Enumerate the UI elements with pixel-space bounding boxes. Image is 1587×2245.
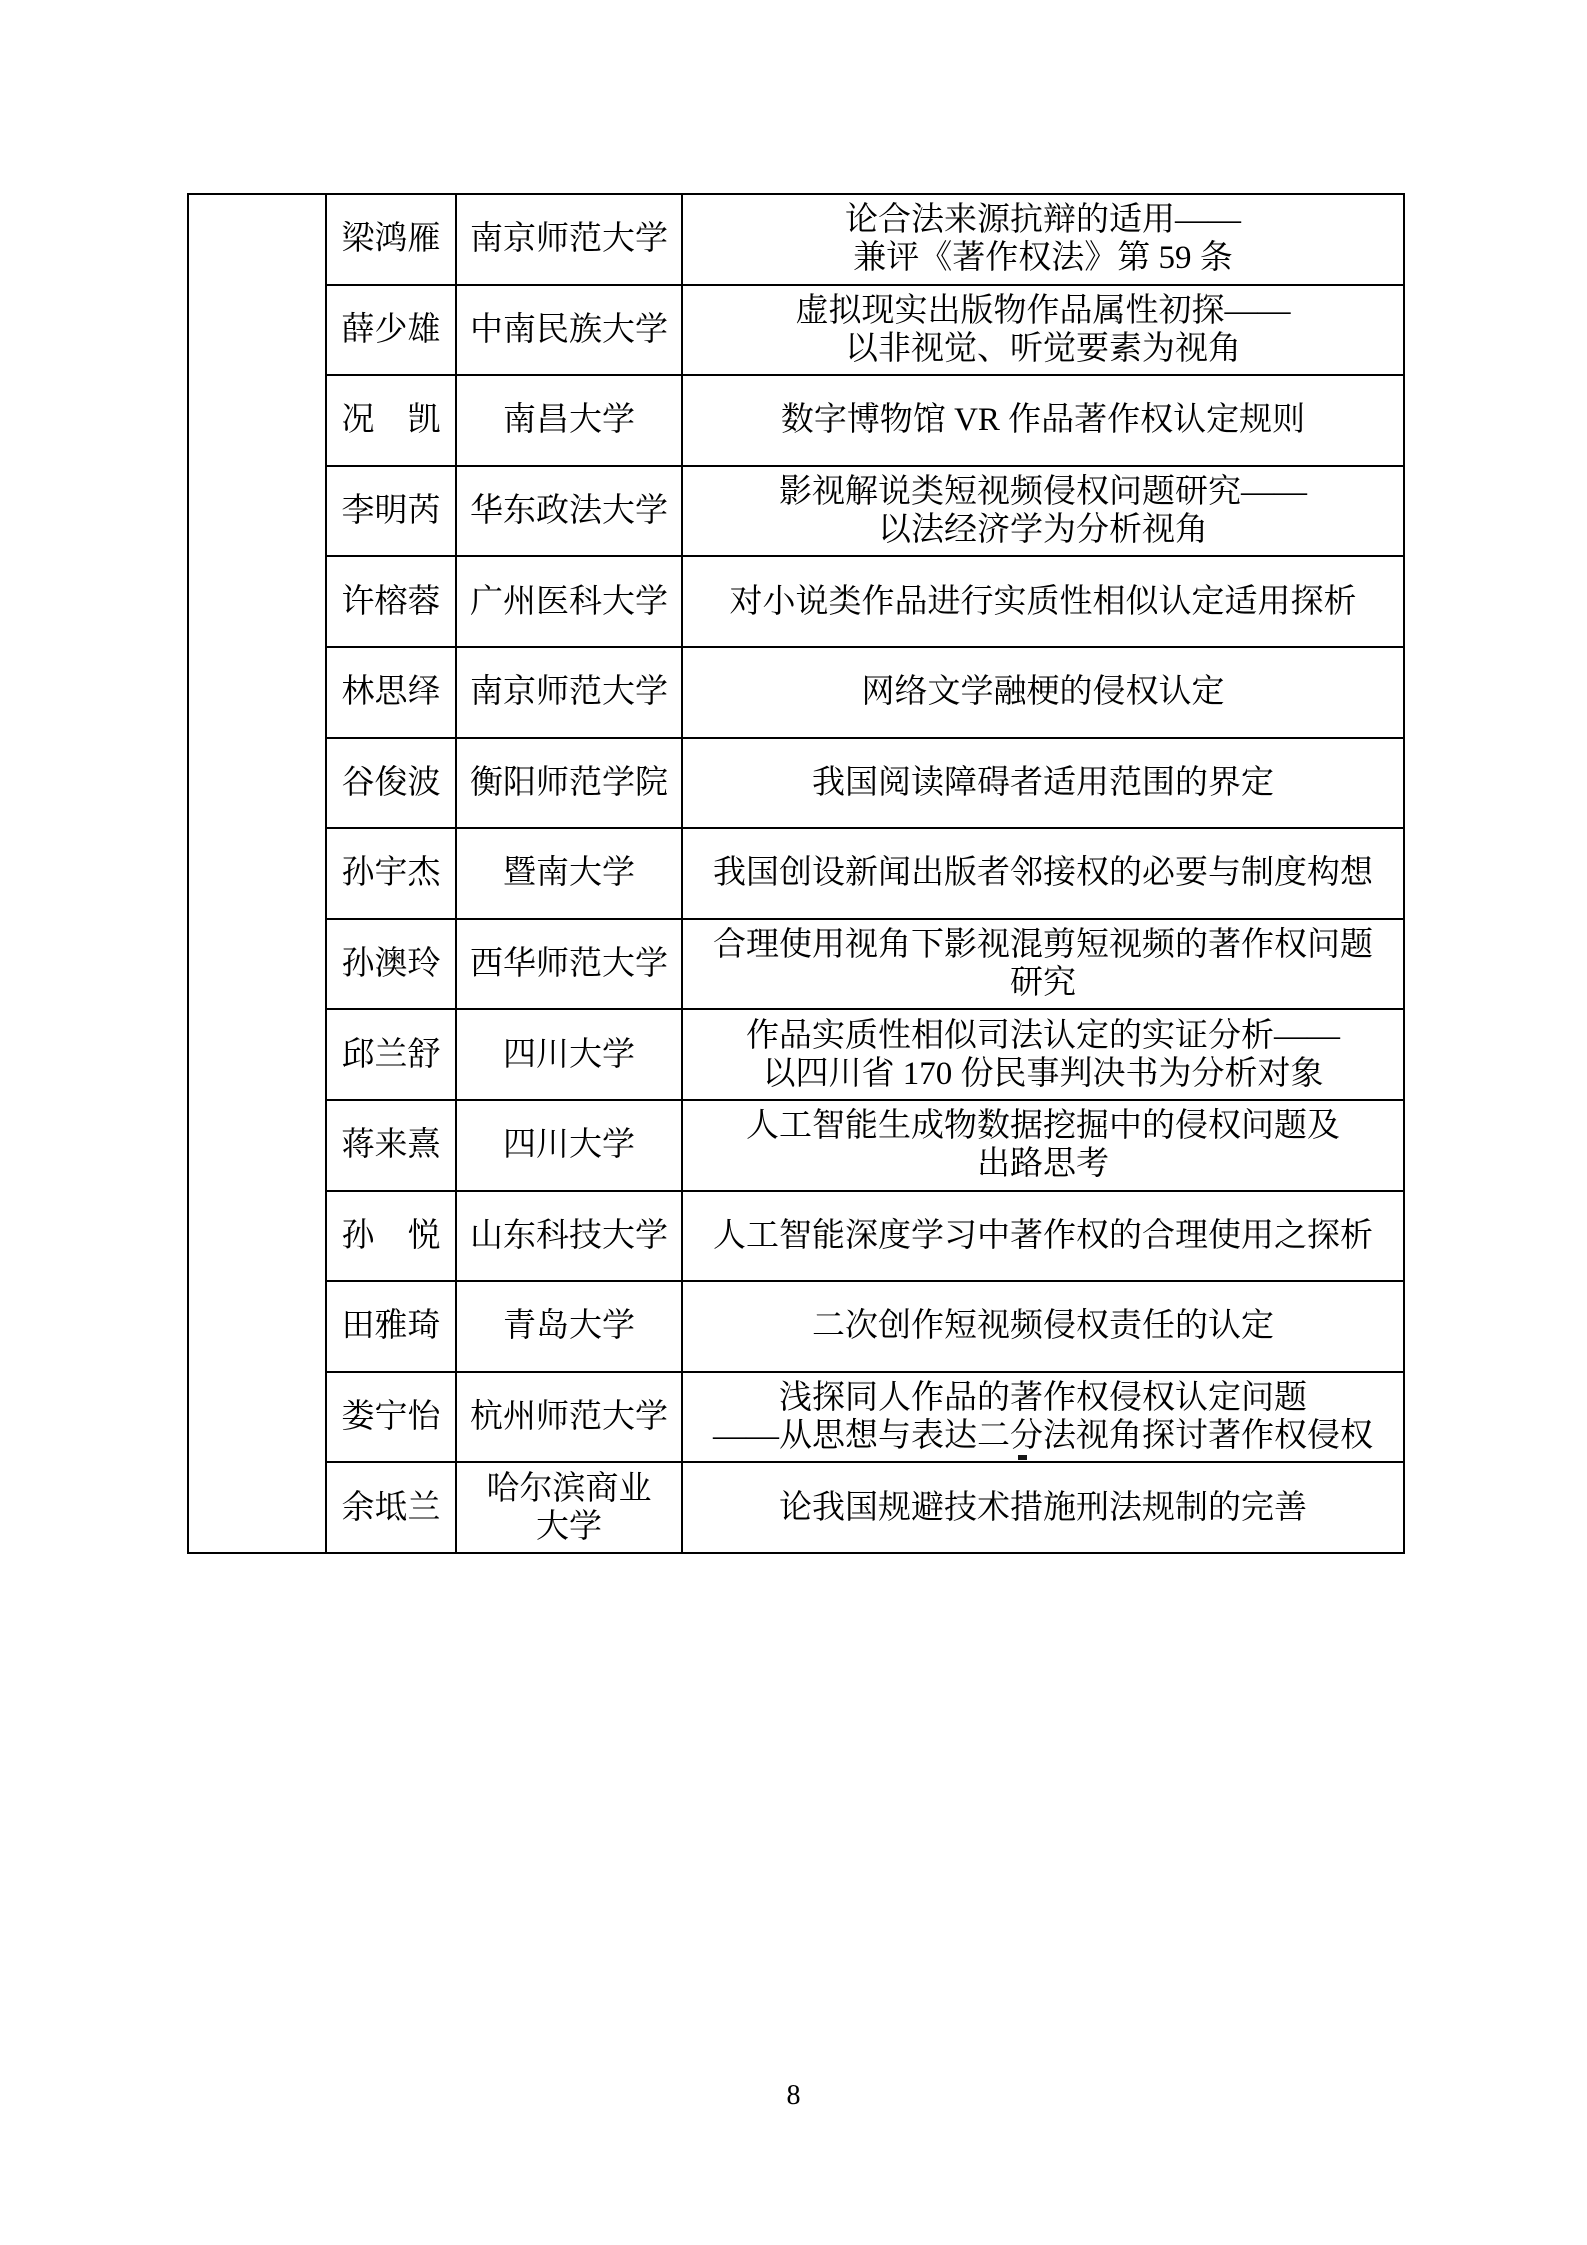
clipped-text-artifact xyxy=(1018,1455,1027,1460)
author-name-cell: 孙澳玲 xyxy=(326,919,456,1010)
paper-title-cell: 网络文学融梗的侵权认定 xyxy=(682,647,1404,738)
page-number: 8 xyxy=(0,2080,1587,2112)
author-name-cell: 李明芮 xyxy=(326,466,456,557)
table-row: 许榕蓉 广州医科大学 对小说类作品进行实质性相似认定适用探析 xyxy=(188,556,1404,647)
author-name-cell: 邱兰舒 xyxy=(326,1009,456,1100)
university-cell: 中南民族大学 xyxy=(456,285,682,376)
table-row: 李明芮 华东政法大学 影视解说类短视频侵权问题研究—— 以法经济学为分析视角 xyxy=(188,466,1404,557)
table-row: 孙宇杰 暨南大学 我国创设新闻出版者邻接权的必要与制度构想 xyxy=(188,828,1404,919)
university-cell: 衡阳师范学院 xyxy=(456,738,682,829)
table-row: 蒋来熹 四川大学 人工智能生成物数据挖掘中的侵权问题及 出路思考 xyxy=(188,1100,1404,1191)
paper-title-cell: 对小说类作品进行实质性相似认定适用探析 xyxy=(682,556,1404,647)
table-row: 孙澳玲 西华师范大学 合理使用视角下影视混剪短视频的著作权问题 研究 xyxy=(188,919,1404,1010)
paper-title-cell: 人工智能生成物数据挖掘中的侵权问题及 出路思考 xyxy=(682,1100,1404,1191)
paper-title-cell: 合理使用视角下影视混剪短视频的著作权问题 研究 xyxy=(682,919,1404,1010)
university-cell: 山东科技大学 xyxy=(456,1191,682,1282)
paper-title-cell: 我国创设新闻出版者邻接权的必要与制度构想 xyxy=(682,828,1404,919)
author-name-cell: 蒋来熹 xyxy=(326,1100,456,1191)
university-cell: 南昌大学 xyxy=(456,375,682,466)
author-name-cell: 谷俊波 xyxy=(326,738,456,829)
table-row: 谷俊波 衡阳师范学院 我国阅读障碍者适用范围的界定 xyxy=(188,738,1404,829)
table-row: 况 凯 南昌大学 数字博物馆 VR 作品著作权认定规则 xyxy=(188,375,1404,466)
author-name-cell: 孙 悦 xyxy=(326,1191,456,1282)
university-cell: 哈尔滨商业 大学 xyxy=(456,1462,682,1553)
category-cell xyxy=(188,194,326,1553)
table-row: 邱兰舒 四川大学 作品实质性相似司法认定的实证分析—— 以四川省 170 份民事… xyxy=(188,1009,1404,1100)
table-row: 余坻兰 哈尔滨商业 大学 论我国规避技术措施刑法规制的完善 xyxy=(188,1462,1404,1553)
author-name-cell: 梁鸿雁 xyxy=(326,194,456,285)
table-row: 娄宁怡 杭州师范大学 浅探同人作品的著作权侵权认定问题 ——从思想与表达二分法视… xyxy=(188,1372,1404,1463)
author-name-cell: 余坻兰 xyxy=(326,1462,456,1553)
author-name-cell: 薛少雄 xyxy=(326,285,456,376)
university-cell: 暨南大学 xyxy=(456,828,682,919)
author-name-cell: 孙宇杰 xyxy=(326,828,456,919)
university-cell: 广州医科大学 xyxy=(456,556,682,647)
paper-title-cell: 浅探同人作品的著作权侵权认定问题 ——从思想与表达二分法视角探讨著作权侵权 xyxy=(682,1372,1404,1463)
paper-title-cell: 论我国规避技术措施刑法规制的完善 xyxy=(682,1462,1404,1553)
paper-title-cell: 作品实质性相似司法认定的实证分析—— 以四川省 170 份民事判决书为分析对象 xyxy=(682,1009,1404,1100)
university-cell: 四川大学 xyxy=(456,1009,682,1100)
author-name-cell: 林思绎 xyxy=(326,647,456,738)
paper-title-cell: 虚拟现实出版物作品属性初探—— 以非视觉、听觉要素为视角 xyxy=(682,285,1404,376)
document-page: 梁鸿雁 南京师范大学 论合法来源抗辩的适用—— 兼评《著作权法》第 59 条 薛… xyxy=(0,0,1587,2245)
table-row: 薛少雄 中南民族大学 虚拟现实出版物作品属性初探—— 以非视觉、听觉要素为视角 xyxy=(188,285,1404,376)
paper-title-cell: 数字博物馆 VR 作品著作权认定规则 xyxy=(682,375,1404,466)
university-cell: 西华师范大学 xyxy=(456,919,682,1010)
author-name-cell: 许榕蓉 xyxy=(326,556,456,647)
university-cell: 四川大学 xyxy=(456,1100,682,1191)
author-name-cell: 况 凯 xyxy=(326,375,456,466)
paper-title-cell: 我国阅读障碍者适用范围的界定 xyxy=(682,738,1404,829)
author-name-cell: 田雅琦 xyxy=(326,1281,456,1372)
paper-title-cell: 论合法来源抗辩的适用—— 兼评《著作权法》第 59 条 xyxy=(682,194,1404,285)
university-cell: 青岛大学 xyxy=(456,1281,682,1372)
table-row: 田雅琦 青岛大学 二次创作短视频侵权责任的认定 xyxy=(188,1281,1404,1372)
papers-table: 梁鸿雁 南京师范大学 论合法来源抗辩的适用—— 兼评《著作权法》第 59 条 薛… xyxy=(187,193,1405,1554)
table-row: 梁鸿雁 南京师范大学 论合法来源抗辩的适用—— 兼评《著作权法》第 59 条 xyxy=(188,194,1404,285)
university-cell: 杭州师范大学 xyxy=(456,1372,682,1463)
paper-title-cell: 二次创作短视频侵权责任的认定 xyxy=(682,1281,1404,1372)
university-cell: 南京师范大学 xyxy=(456,194,682,285)
table-row: 林思绎 南京师范大学 网络文学融梗的侵权认定 xyxy=(188,647,1404,738)
author-name-cell: 娄宁怡 xyxy=(326,1372,456,1463)
paper-title-cell: 人工智能深度学习中著作权的合理使用之探析 xyxy=(682,1191,1404,1282)
university-cell: 华东政法大学 xyxy=(456,466,682,557)
university-cell: 南京师范大学 xyxy=(456,647,682,738)
table-row: 孙 悦 山东科技大学 人工智能深度学习中著作权的合理使用之探析 xyxy=(188,1191,1404,1282)
paper-title-cell: 影视解说类短视频侵权问题研究—— 以法经济学为分析视角 xyxy=(682,466,1404,557)
